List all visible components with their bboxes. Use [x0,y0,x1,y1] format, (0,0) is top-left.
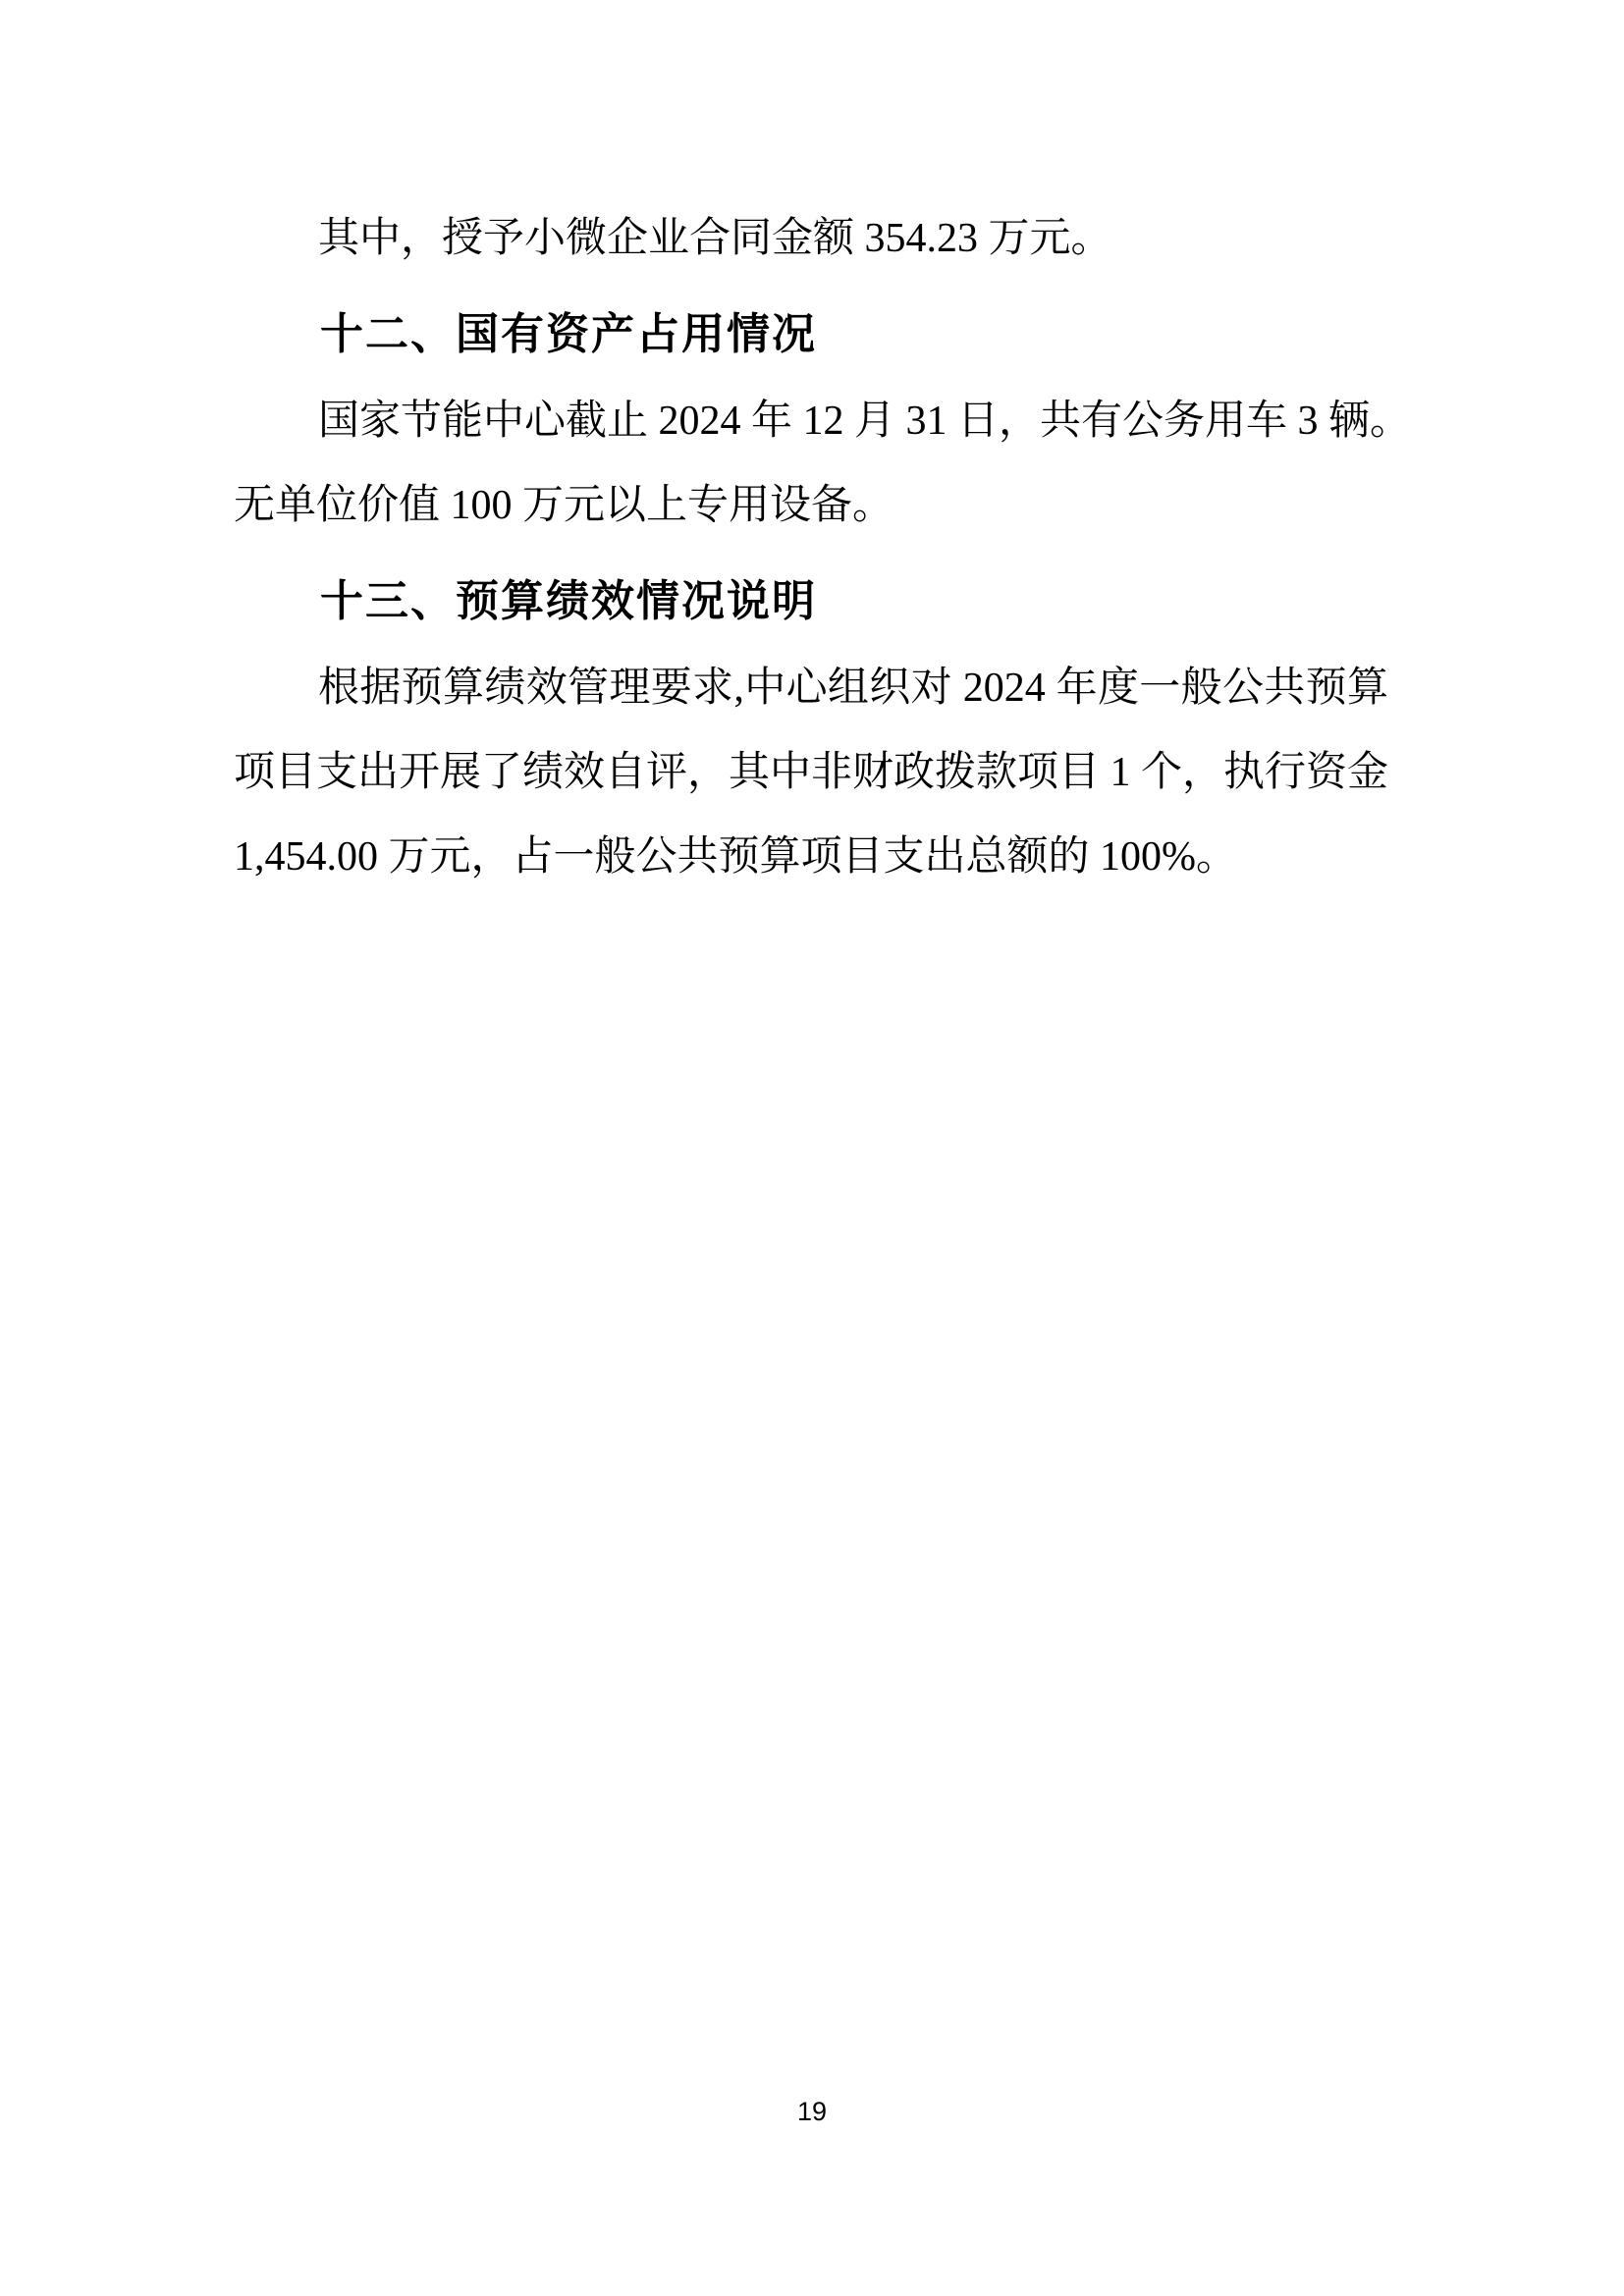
page-footer: 19 [0,2097,1624,2127]
section-13-paragraph-line-2: 项目支出开展了绩效自评，其中非财政拨款项目 1 个，执行资金 [234,730,1388,815]
section-12-paragraph-line-1: 国家节能中心截止 2024 年 12 月 31 日，共有公务用车 3 辆。 [234,379,1388,463]
continuation-paragraph-line: 其中，授予小微企业合同金额 354.23 万元。 [234,196,1388,281]
section-13-paragraph-line-3: 1,454.00 万元，占一般公共预算项目支出总额的 100%。 [234,815,1388,899]
section-heading-13: 十三、预算绩效情况说明 [234,560,1388,644]
section-12-paragraph-line-2: 无单位价值 100 万元以上专用设备。 [234,463,1388,548]
section-13-paragraph-line-1: 根据预算绩效管理要求,中心组织对 2024 年度一般公共预算 [234,646,1388,730]
document-page: 其中，授予小微企业合同金额 354.23 万元。 十二、国有资产占用情况 国家节… [0,0,1624,2296]
page-number: 19 [797,2097,827,2127]
section-heading-12: 十二、国有资产占用情况 [234,293,1388,377]
page-body-text: 其中，授予小微企业合同金额 354.23 万元。 十二、国有资产占用情况 国家节… [234,196,1388,899]
